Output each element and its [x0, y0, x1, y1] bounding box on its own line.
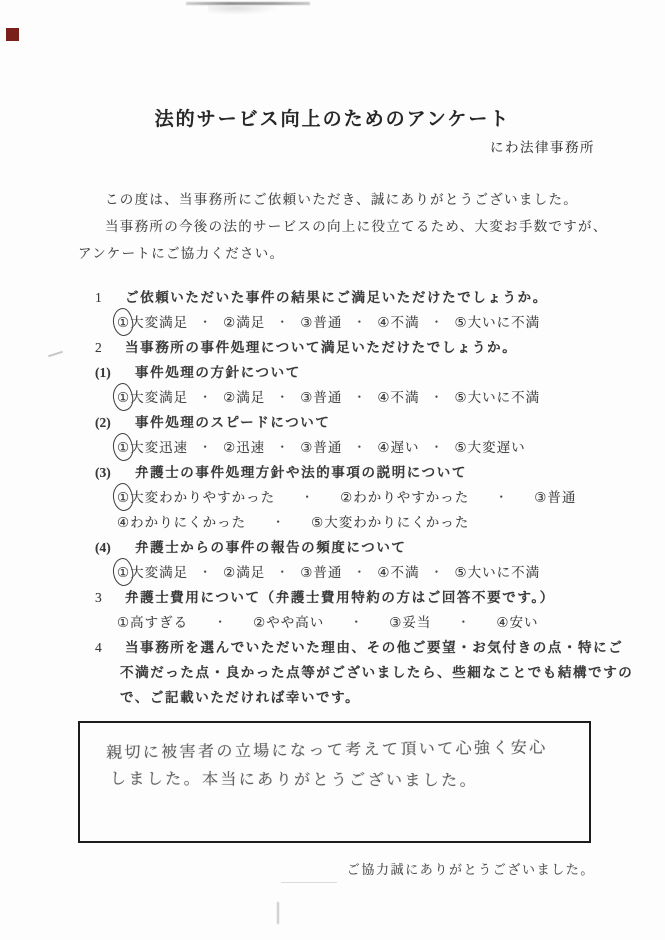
option-label: 大いに不満 [468, 390, 541, 405]
option-number-circled: ① [117, 310, 130, 335]
option-number: ④ [496, 610, 509, 635]
option-number: ① [117, 610, 130, 635]
answer-option: ②満足 [223, 385, 265, 410]
question-2-4-options: ①大変満足・②満足・③普通・④不満・⑤大いに不満 [117, 560, 665, 585]
option-number: ③ [389, 610, 402, 635]
question-text: 弁護士費用について（弁護士費用特約の方はご回答不要です。） [125, 590, 555, 605]
subquestion-text: 弁護士の事件処理方針や法的事項の説明について [135, 465, 467, 480]
answer-option: ③普通 [534, 485, 576, 510]
option-separator: ・ [430, 435, 443, 460]
option-number: ④ [377, 385, 390, 410]
option-separator: ・ [199, 385, 212, 410]
scan-artifact-top-smudge [208, 5, 278, 15]
answer-option: ④わかりにくかった [117, 510, 246, 535]
option-number-circled: ① [117, 385, 130, 410]
option-number: ③ [534, 485, 547, 510]
question-4-text-continued: で、ご記載いただければ幸いです。 [95, 685, 665, 710]
option-label: 普通 [547, 490, 576, 505]
option-label: 普通 [313, 315, 342, 330]
option-number: ③ [300, 310, 313, 335]
option-separator: ・ [199, 435, 212, 460]
option-separator: ・ [353, 385, 366, 410]
question-3-options: ①高すぎる・②やや高い・③妥当・④安い [117, 610, 665, 635]
answer-option: ①大変満足 [117, 385, 188, 410]
question-text: 当事務所を選んでいただいた理由、その他ご要望・お気付きの点・特にご [125, 640, 623, 655]
free-response-box: 親切に被害者の立場になって考えて頂いて心強く安心 しました。本当にありがとうござ… [78, 721, 591, 843]
option-number: ⑤ [311, 510, 324, 535]
intro-line: この度は、当事務所にご依頼いただき、誠にありがとうございました。 [78, 186, 665, 213]
option-number: ② [223, 385, 236, 410]
answer-option: ②満足 [223, 310, 265, 335]
answer-option: ⑤大変わかりにくかった [311, 510, 469, 535]
option-label: 大変わかりにくかった [324, 515, 469, 530]
option-label: 大変迅速 [130, 440, 188, 455]
answer-option: ②わかりやすかった [340, 485, 469, 510]
option-separator: ・ [430, 310, 443, 335]
option-label: 不満 [390, 565, 419, 580]
answer-option: ①大変満足 [117, 560, 188, 585]
question-4: 4当事務所を選んでいただいた理由、その他ご要望・お気付きの点・特にご [95, 635, 665, 660]
option-label: 大変遅い [468, 440, 526, 455]
option-label: 大いに不満 [468, 565, 541, 580]
option-number-circled: ① [117, 485, 130, 510]
subquestion-number: (3) [95, 460, 135, 485]
intro-paragraph: この度は、当事務所にご依頼いただき、誠にありがとうございました。 当事務所の今後… [78, 186, 665, 267]
option-number: ② [253, 610, 266, 635]
subquestion-text: 事件処理のスピードについて [135, 415, 331, 430]
option-separator: ・ [276, 560, 289, 585]
answer-option: ③普通 [300, 385, 342, 410]
option-number: ② [340, 485, 353, 510]
subquestion-text: 事件処理の方針について [135, 365, 301, 380]
option-label: 迅速 [236, 440, 265, 455]
question-2-3-options-line1: ①大変わかりやすかった・②わかりやすかった・③普通 [117, 485, 665, 510]
scan-artifact-left-dash [48, 351, 63, 358]
office-name: にわ法律事務所 [0, 136, 595, 156]
scan-artifact-bottom-streak [281, 882, 337, 883]
option-label: 妥当 [402, 615, 431, 630]
closing-note: ご協力誠にありがとうございました。 [0, 859, 595, 878]
option-label: 大変満足 [130, 390, 188, 405]
answer-option: ②迅速 [223, 435, 265, 460]
option-number: ③ [300, 435, 313, 460]
question-2-3-options-line2: ④わかりにくかった・⑤大変わかりにくかった [117, 510, 665, 535]
option-number: ⑤ [455, 560, 468, 585]
option-separator: ・ [353, 560, 366, 585]
option-separator: ・ [495, 485, 508, 510]
option-number: ④ [117, 510, 130, 535]
answer-option: ②やや高い [253, 610, 324, 635]
option-number: ② [223, 435, 236, 460]
answer-option: ④不満 [377, 560, 419, 585]
option-label: 普通 [313, 440, 342, 455]
answer-option: ⑤大変遅い [455, 435, 526, 460]
question-number: 3 [95, 585, 125, 610]
question-1: 1ご依頼いただいた事件の結果にご満足いただけたでしょうか。 [95, 285, 665, 310]
page-title: 法的サービス向上のためのアンケート [0, 0, 665, 131]
answer-option: ④不満 [377, 310, 419, 335]
intro-line: アンケートにご協力ください。 [78, 240, 665, 267]
answer-option: ④遅い [377, 435, 419, 460]
option-number: ④ [377, 310, 390, 335]
option-separator: ・ [276, 435, 289, 460]
answer-option: ①大変わかりやすかった [117, 485, 275, 510]
option-number: ⑤ [455, 385, 468, 410]
question-4-text-continued: 不満だった点・良かった点等がございましたら、些細なことでも結構ですの [95, 660, 665, 685]
answer-option: ③普通 [300, 560, 342, 585]
option-label: 満足 [236, 315, 265, 330]
intro-line: 当事務所の今後の法的サービスの向上に役立てるため、大変お手数ですが、 [78, 213, 665, 240]
answer-option: ③妥当 [389, 610, 431, 635]
question-number: 4 [95, 635, 125, 660]
option-separator: ・ [199, 310, 212, 335]
option-separator: ・ [430, 385, 443, 410]
option-number: ⑤ [455, 310, 468, 335]
subquestion-number: (2) [95, 410, 135, 435]
option-label: やや高い [266, 615, 324, 630]
answer-option: ①高すぎる [117, 610, 188, 635]
option-separator: ・ [276, 385, 289, 410]
subquestion-number: (1) [95, 360, 135, 385]
answer-option: ⑤大いに不満 [455, 560, 541, 585]
question-2-3: (3)弁護士の事件処理方針や法的事項の説明について [95, 460, 665, 485]
question-2-4: (4)弁護士からの事件の報告の頻度について [95, 535, 665, 560]
option-label: 大変満足 [130, 565, 188, 580]
option-label: 満足 [236, 390, 265, 405]
option-label: 大変わかりやすかった [130, 490, 275, 505]
option-label: 普通 [313, 565, 342, 580]
handwritten-line: しました。本当にありがとうございました。 [106, 765, 579, 797]
option-label: 安い [509, 615, 538, 630]
red-square-mark [6, 28, 19, 41]
question-list: 1ご依頼いただいた事件の結果にご満足いただけたでしょうか。 ①大変満足・②満足・… [95, 285, 665, 710]
option-separator: ・ [430, 560, 443, 585]
scan-artifact-bottom-line [277, 902, 279, 924]
option-number: ③ [300, 385, 313, 410]
answer-option: ④不満 [377, 385, 419, 410]
option-number: ② [223, 560, 236, 585]
option-separator: ・ [272, 510, 285, 535]
option-separator: ・ [214, 610, 227, 635]
option-label: 遅い [390, 440, 419, 455]
option-label: 大いに不満 [468, 315, 541, 330]
handwritten-line: 親切に被害者の立場になって考えて頂いて心強く安心 [106, 733, 579, 769]
option-separator: ・ [353, 435, 366, 460]
option-separator: ・ [301, 485, 314, 510]
question-number: 1 [95, 285, 125, 310]
question-2-2: (2)事件処理のスピードについて [95, 410, 665, 435]
answer-option: ②満足 [223, 560, 265, 585]
option-label: 高すぎる [130, 615, 188, 630]
subquestion-number: (4) [95, 535, 135, 560]
option-label: わかりやすかった [353, 490, 469, 505]
question-number: 2 [95, 335, 125, 360]
question-2-1-options: ①大変満足・②満足・③普通・④不満・⑤大いに不満 [117, 385, 665, 410]
question-text: ご依頼いただいた事件の結果にご満足いただけたでしょうか。 [125, 290, 548, 305]
option-label: 不満 [390, 315, 419, 330]
question-2: 2当事務所の事件処理について満足いただけたでしょうか。 [95, 335, 665, 360]
answer-option: ⑤大いに不満 [455, 385, 541, 410]
option-label: 普通 [313, 390, 342, 405]
option-label: 満足 [236, 565, 265, 580]
question-2-1: (1)事件処理の方針について [95, 360, 665, 385]
question-1-options: ①大変満足・②満足・③普通・④不満・⑤大いに不満 [117, 310, 665, 335]
scanned-survey-page: 法的サービス向上のためのアンケート にわ法律事務所 この度は、当事務所にご依頼い… [0, 0, 665, 940]
option-label: 不満 [390, 390, 419, 405]
option-label: 大変満足 [130, 315, 188, 330]
option-separator: ・ [199, 560, 212, 585]
answer-option: ④安い [496, 610, 538, 635]
option-number-circled: ① [117, 435, 130, 460]
option-separator: ・ [457, 610, 470, 635]
answer-option: ①大変満足 [117, 310, 188, 335]
option-number: ③ [300, 560, 313, 585]
option-number-circled: ① [117, 560, 130, 585]
answer-option: ③普通 [300, 310, 342, 335]
question-3: 3弁護士費用について（弁護士費用特約の方はご回答不要です。） [95, 585, 665, 610]
question-text: 当事務所の事件処理について満足いただけたでしょうか。 [125, 340, 517, 355]
answer-option: ①大変迅速 [117, 435, 188, 460]
answer-option: ③普通 [300, 435, 342, 460]
option-label: わかりにくかった [130, 515, 246, 530]
question-2-2-options: ①大変迅速・②迅速・③普通・④遅い・⑤大変遅い [117, 435, 665, 460]
option-separator: ・ [353, 310, 366, 335]
answer-option: ⑤大いに不満 [455, 310, 541, 335]
option-separator: ・ [350, 610, 363, 635]
subquestion-text: 弁護士からの事件の報告の頻度について [135, 540, 407, 555]
option-number: ② [223, 310, 236, 335]
option-number: ④ [377, 435, 390, 460]
option-number: ⑤ [455, 435, 468, 460]
option-number: ④ [377, 560, 390, 585]
option-separator: ・ [276, 310, 289, 335]
